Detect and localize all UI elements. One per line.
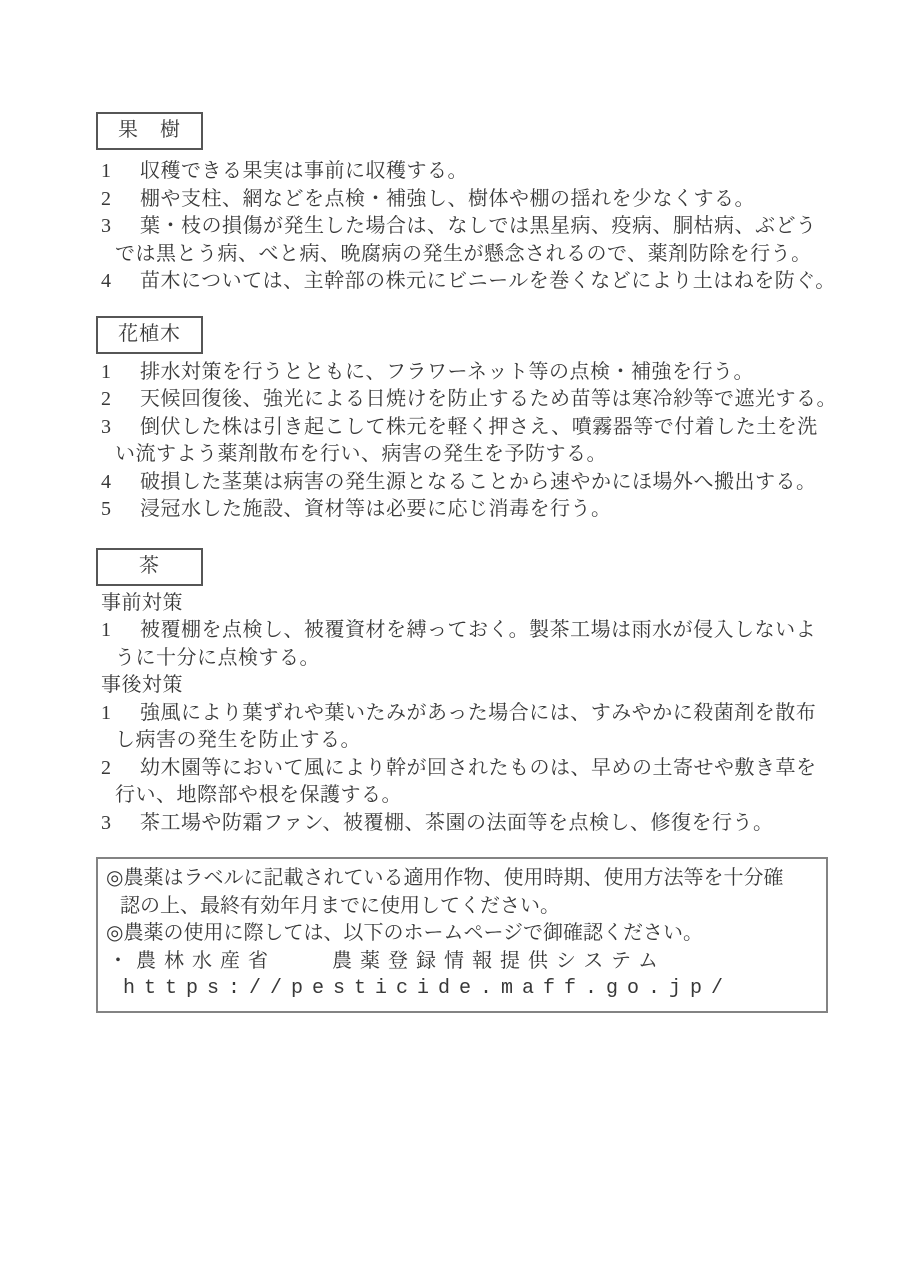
list-item: 2棚や支柱、網などを点検・補強し、樹体や棚の揺れを少なくする。 bbox=[96, 186, 841, 214]
item-number: 3 bbox=[101, 414, 140, 442]
item-number: 1 bbox=[101, 617, 140, 645]
list-item: 1強風により葉ずれや葉いたみがあった場合には、すみやかに殺菌剤を散布 し病害の発… bbox=[96, 700, 841, 755]
item-text: 収穫できる果実は事前に収穫する。 bbox=[140, 160, 468, 182]
item-text: 破損した茎葉は病害の発生源となることから速やかにほ場外へ搬出する。 bbox=[140, 471, 817, 493]
fruit-trees-list: 1収穫できる果実は事前に収穫する。 2棚や支柱、網などを点検・補強し、樹体や棚の… bbox=[96, 158, 841, 296]
section-heading-fruit-trees-label: 果 樹 bbox=[118, 117, 181, 145]
flowers-garden-trees-list: 1排水対策を行うとともに、フラワーネット等の点検・補強を行う。 2天候回復後、強… bbox=[96, 359, 841, 524]
notice-line-label-check: ◎農薬はラベルに記載されている適用作物、使用時期、使用方法等を十分確 認の上、最… bbox=[106, 865, 820, 920]
item-number: 1 bbox=[101, 700, 140, 728]
list-item: 1排水対策を行うとともに、フラワーネット等の点検・補強を行う。 bbox=[96, 359, 841, 387]
document-content: 果 樹 1収穫できる果実は事前に収穫する。 2棚や支柱、網などを点検・補強し、樹… bbox=[96, 112, 856, 1013]
item-text: 強風により葉ずれや葉いたみがあった場合には、すみやかに殺菌剤を散布 し病害の発生… bbox=[115, 702, 816, 752]
item-text: 被覆棚を点検し、被覆資材を縛っておく。製茶工場は雨水が侵入しないよ うに十分に点… bbox=[115, 619, 816, 669]
section-heading-flowers-garden-trees-label: 花植木 bbox=[118, 321, 181, 349]
pesticide-notice-box: ◎農薬はラベルに記載されている適用作物、使用時期、使用方法等を十分確 認の上、最… bbox=[96, 857, 828, 1013]
item-number: 4 bbox=[101, 268, 140, 296]
tea-post-measures-label: 事後対策 bbox=[101, 672, 841, 700]
item-number: 1 bbox=[101, 359, 140, 387]
notice-text: ◎農薬はラベルに記載されている適用作物、使用時期、使用方法等を十分確 認の上、最… bbox=[106, 867, 783, 917]
section-heading-flowers-garden-trees: 花植木 bbox=[96, 316, 203, 354]
list-item: 3茶工場や防霜ファン、被覆棚、茶園の法面等を点検し、修復を行う。 bbox=[96, 810, 841, 838]
notice-text: ◎農薬の使用に際しては、以下のホームページで御確認ください。 bbox=[106, 922, 703, 944]
item-text: 葉・枝の損傷が発生した場合は、なしでは黒星病、疫病、胴枯病、ぶどう では黒とう病… bbox=[115, 215, 817, 265]
list-item: 3倒伏した株は引き起こして株元を軽く押さえ、噴霧器等で付着した土を洗 い流すよう… bbox=[96, 414, 841, 469]
item-number: 3 bbox=[101, 810, 140, 838]
item-text: 苗木については、主幹部の株元にビニールを巻くなどにより土はねを防ぐ。 bbox=[140, 270, 836, 292]
list-item: 4苗木については、主幹部の株元にビニールを巻くなどにより土はねを防ぐ。 bbox=[96, 268, 841, 296]
list-item: 2天候回復後、強光による日焼けを防止するため苗等は寒冷紗等で遮光する。 bbox=[96, 386, 841, 414]
item-number: 5 bbox=[101, 496, 140, 524]
section-heading-fruit-trees: 果 樹 bbox=[96, 112, 203, 150]
item-number: 2 bbox=[101, 386, 140, 414]
pesticide-url: https://pesticide.maff.go.jp/ bbox=[106, 975, 820, 1003]
list-item: 1収穫できる果実は事前に収穫する。 bbox=[96, 158, 841, 186]
section-heading-tea-label: 茶 bbox=[139, 553, 160, 581]
item-text: 浸冠水した施設、資材等は必要に応じ消毒を行う。 bbox=[140, 498, 612, 520]
notice-maff-system-label: ・農林水産省 農薬登録情報提供システム bbox=[106, 948, 820, 976]
tea-pre-measures-label: 事前対策 bbox=[101, 590, 841, 618]
list-item: 3葉・枝の損傷が発生した場合は、なしでは黒星病、疫病、胴枯病、ぶどう では黒とう… bbox=[96, 213, 841, 268]
item-text: 倒伏した株は引き起こして株元を軽く押さえ、噴霧器等で付着した土を洗 い流すよう薬… bbox=[115, 416, 818, 466]
list-item: 4破損した茎葉は病害の発生源となることから速やかにほ場外へ搬出する。 bbox=[96, 469, 841, 497]
item-number: 2 bbox=[101, 186, 140, 214]
document-page: 果 樹 1収穫できる果実は事前に収穫する。 2棚や支柱、網などを点検・補強し、樹… bbox=[0, 0, 905, 1280]
item-number: 3 bbox=[101, 213, 140, 241]
item-text: 茶工場や防霜ファン、被覆棚、茶園の法面等を点検し、修復を行う。 bbox=[140, 812, 774, 834]
list-item: 5浸冠水した施設、資材等は必要に応じ消毒を行う。 bbox=[96, 496, 841, 524]
notice-line-homepage-check: ◎農薬の使用に際しては、以下のホームページで御確認ください。 bbox=[106, 920, 820, 948]
tea-list: 事前対策 1被覆棚を点検し、被覆資材を縛っておく。製茶工場は雨水が侵入しないよ … bbox=[96, 590, 841, 838]
item-text: 幼木園等において風により幹が回されたものは、早めの土寄せや敷き草を 行い、地際部… bbox=[115, 757, 817, 807]
item-number: 4 bbox=[101, 469, 140, 497]
list-item: 2幼木園等において風により幹が回されたものは、早めの土寄せや敷き草を 行い、地際… bbox=[96, 755, 841, 810]
item-text: 棚や支柱、網などを点検・補強し、樹体や棚の揺れを少なくする。 bbox=[140, 188, 755, 210]
item-number: 1 bbox=[101, 158, 140, 186]
section-heading-tea: 茶 bbox=[96, 548, 203, 586]
item-number: 2 bbox=[101, 755, 140, 783]
item-text: 天候回復後、強光による日焼けを防止するため苗等は寒冷紗等で遮光する。 bbox=[140, 388, 837, 410]
list-item: 1被覆棚を点検し、被覆資材を縛っておく。製茶工場は雨水が侵入しないよ うに十分に… bbox=[96, 617, 841, 672]
item-text: 排水対策を行うとともに、フラワーネット等の点検・補強を行う。 bbox=[140, 361, 754, 383]
